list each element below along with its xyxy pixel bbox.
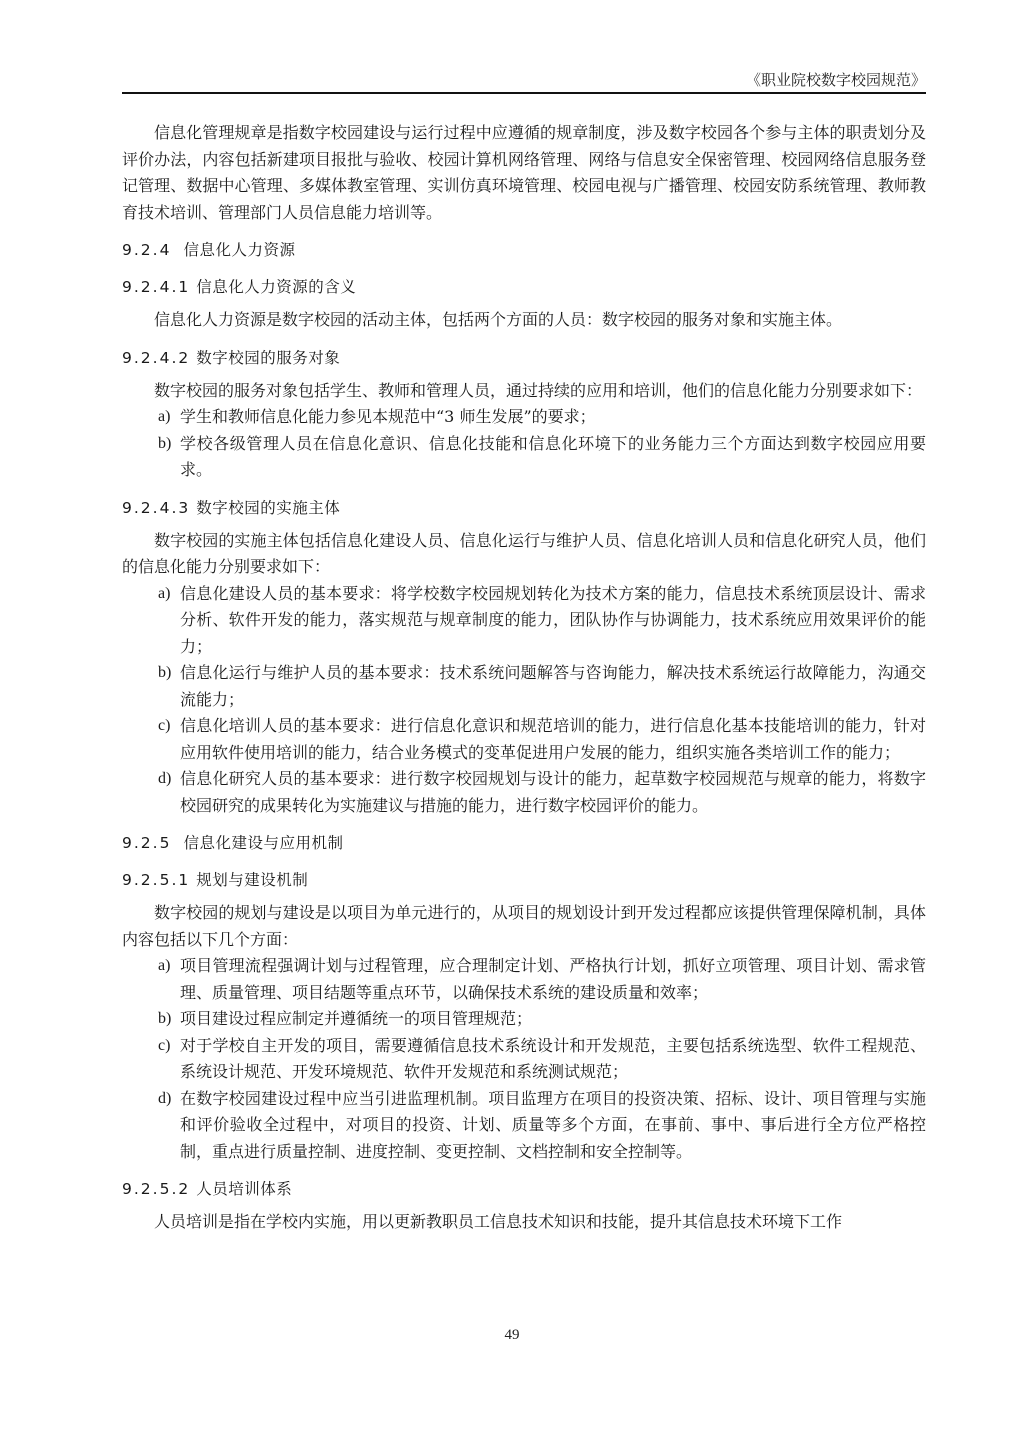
section-number: 9.2.4.3 bbox=[122, 499, 190, 517]
list-marker: c) bbox=[158, 713, 170, 740]
list-marker: b) bbox=[158, 1006, 171, 1033]
header-rule bbox=[122, 92, 926, 94]
section-heading-9-2-4-3: 9.2.4.3数字校园的实施主体 bbox=[122, 495, 926, 521]
list-item: b)信息化运行与维护人员的基本要求：技术系统问题解答与咨询能力，解决技术系统运行… bbox=[122, 660, 926, 713]
section-title: 数字校园的服务对象 bbox=[196, 349, 340, 367]
section-paragraph: 信息化人力资源是数字校园的活动主体，包括两个方面的人员：数字校园的服务对象和实施… bbox=[122, 307, 926, 334]
section-paragraph: 人员培训是指在学校内实施，用以更新教职员工信息技术知识和技能，提升其信息技术环境… bbox=[122, 1209, 926, 1236]
list-item-text: 信息化研究人员的基本要求：进行数字校园规划与设计的能力，起草数字校园规范与规章的… bbox=[180, 769, 926, 815]
intro-paragraph: 信息化管理规章是指数字校园建设与运行过程中应遵循的规章制度，涉及数字校园各个参与… bbox=[122, 120, 926, 226]
list-marker: b) bbox=[158, 660, 171, 687]
list-marker: b) bbox=[158, 431, 171, 458]
section-title: 人员培训体系 bbox=[196, 1180, 292, 1198]
section-title: 数字校园的实施主体 bbox=[196, 499, 340, 517]
list-item: b)项目建设过程应制定并遵循统一的项目管理规范； bbox=[122, 1006, 926, 1033]
section-title: 规划与建设机制 bbox=[196, 871, 308, 889]
section-title: 信息化人力资源的含义 bbox=[196, 278, 356, 296]
list-item: a)信息化建设人员的基本要求：将学校数字校园规划转化为技术方案的能力，信息技术系… bbox=[122, 581, 926, 661]
list-item-text: 项目管理流程强调计划与过程管理，应合理制定计划、严格执行计划，抓好立项管理、项目… bbox=[180, 956, 926, 1002]
requirement-list: a)信息化建设人员的基本要求：将学校数字校园规划转化为技术方案的能力，信息技术系… bbox=[122, 581, 926, 820]
section-heading-9-2-4-2: 9.2.4.2数字校园的服务对象 bbox=[122, 345, 926, 371]
section-title: 信息化建设与应用机制 bbox=[183, 834, 343, 852]
section-paragraph: 数字校园的实施主体包括信息化建设人员、信息化运行与维护人员、信息化培训人员和信息… bbox=[122, 528, 926, 581]
section-heading-9-2-4: 9.2.4信息化人力资源 bbox=[122, 237, 926, 263]
list-item-text: 信息化运行与维护人员的基本要求：技术系统问题解答与咨询能力，解决技术系统运行故障… bbox=[180, 663, 926, 709]
list-marker: c) bbox=[158, 1033, 170, 1060]
section-number: 9.2.4.1 bbox=[122, 278, 190, 296]
section-paragraph: 数字校园的规划与建设是以项目为单元进行的，从项目的规划设计到开发过程都应该提供管… bbox=[122, 900, 926, 953]
list-item: d)在数字校园建设过程中应当引进监理机制。项目监理方在项目的投资决策、招标、设计… bbox=[122, 1086, 926, 1166]
list-marker: d) bbox=[158, 766, 171, 793]
section-number: 9.2.5.2 bbox=[122, 1180, 190, 1198]
section-number: 9.2.5 bbox=[122, 834, 171, 852]
list-item-text: 在数字校园建设过程中应当引进监理机制。项目监理方在项目的投资决策、招标、设计、项… bbox=[180, 1089, 926, 1161]
list-item: c)信息化培训人员的基本要求：进行信息化意识和规范培训的能力，进行信息化基本技能… bbox=[122, 713, 926, 766]
section-paragraph: 数字校园的服务对象包括学生、教师和管理人员，通过持续的应用和培训，他们的信息化能… bbox=[122, 378, 926, 405]
section-number: 9.2.4.2 bbox=[122, 349, 190, 367]
section-heading-9-2-4-1: 9.2.4.1信息化人力资源的含义 bbox=[122, 274, 926, 300]
list-item-text: 学生和教师信息化能力参见本规范中“3 师生发展”的要求； bbox=[180, 407, 596, 426]
requirement-list: a)项目管理流程强调计划与过程管理，应合理制定计划、严格执行计划，抓好立项管理、… bbox=[122, 953, 926, 1165]
section-number: 9.2.4 bbox=[122, 241, 171, 259]
list-marker: a) bbox=[158, 953, 170, 980]
requirement-list: a)学生和教师信息化能力参见本规范中“3 师生发展”的要求； b)学校各级管理人… bbox=[122, 404, 926, 484]
list-item-text: 信息化建设人员的基本要求：将学校数字校园规划转化为技术方案的能力，信息技术系统顶… bbox=[180, 584, 926, 656]
list-item: d)信息化研究人员的基本要求：进行数字校园规划与设计的能力，起草数字校园规范与规… bbox=[122, 766, 926, 819]
section-heading-9-2-5-2: 9.2.5.2人员培训体系 bbox=[122, 1176, 926, 1202]
page-body: 信息化管理规章是指数字校园建设与运行过程中应遵循的规章制度，涉及数字校园各个参与… bbox=[122, 120, 926, 1236]
list-marker: a) bbox=[158, 581, 170, 608]
running-header: 《职业院校数字校园规范》 bbox=[122, 70, 926, 91]
list-marker: d) bbox=[158, 1086, 171, 1113]
list-item: a)学生和教师信息化能力参见本规范中“3 师生发展”的要求； bbox=[122, 404, 926, 431]
list-item-text: 学校各级管理人员在信息化意识、信息化技能和信息化环境下的业务能力三个方面达到数字… bbox=[180, 434, 926, 480]
section-title: 信息化人力资源 bbox=[183, 241, 295, 259]
list-item-text: 项目建设过程应制定并遵循统一的项目管理规范； bbox=[180, 1009, 532, 1028]
section-heading-9-2-5-1: 9.2.5.1规划与建设机制 bbox=[122, 867, 926, 893]
list-item: c)对于学校自主开发的项目，需要遵循信息技术系统设计和开发规范，主要包括系统选型… bbox=[122, 1033, 926, 1086]
list-item-text: 对于学校自主开发的项目，需要遵循信息技术系统设计和开发规范，主要包括系统选型、软… bbox=[180, 1036, 926, 1082]
list-marker: a) bbox=[158, 404, 170, 431]
section-number: 9.2.5.1 bbox=[122, 871, 190, 889]
section-heading-9-2-5: 9.2.5信息化建设与应用机制 bbox=[122, 830, 926, 856]
list-item: b)学校各级管理人员在信息化意识、信息化技能和信息化环境下的业务能力三个方面达到… bbox=[122, 431, 926, 484]
list-item-text: 信息化培训人员的基本要求：进行信息化意识和规范培训的能力，进行信息化基本技能培训… bbox=[180, 716, 926, 762]
page-number: 49 bbox=[0, 1327, 1024, 1344]
list-item: a)项目管理流程强调计划与过程管理，应合理制定计划、严格执行计划，抓好立项管理、… bbox=[122, 953, 926, 1006]
